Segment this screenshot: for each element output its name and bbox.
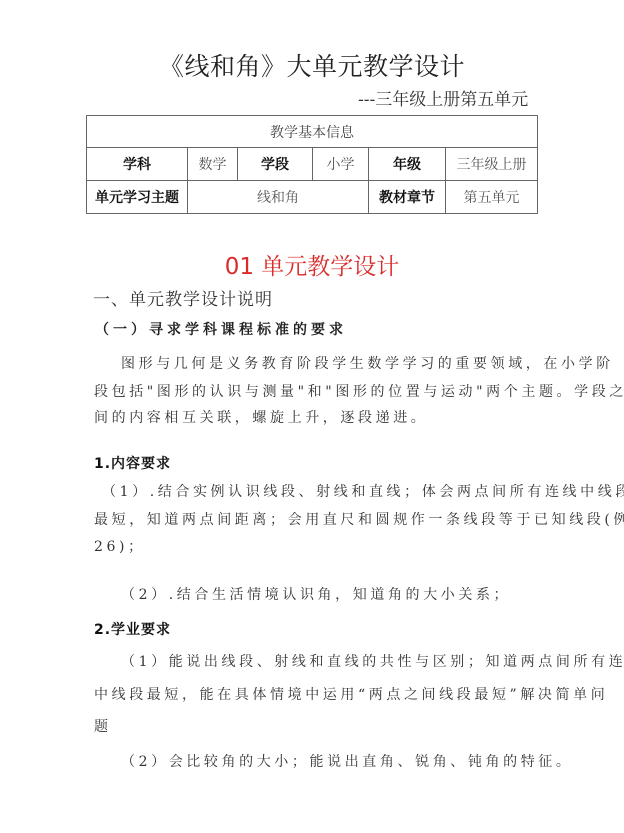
heading-unit-design-explanation: 一、单元教学设计说明 [93,289,273,311]
academic-req-item: （2）会比较角的大小；能说出直角、锐角、钝角的特征。 [121,752,574,772]
chapter-value: 第五单元 [446,181,538,214]
table-header-row: 教学基本信息 [87,116,538,148]
stage-value: 小学 [313,148,369,181]
grade-value: 三年级上册 [446,148,538,181]
academic-req-item-line: （1）能说出线段、射线和直线的共性与区别；知道两点间所有连线 [121,652,624,672]
intro-paragraph-line: 间的内容相互关联，螺旋上升，逐段递进。 [94,408,428,428]
heading-curriculum-standards: （一）寻求学科课程标准的要求 [95,320,347,340]
table-header: 教学基本信息 [87,116,538,148]
content-req-item-line: （1）.结合实例认识线段、射线和直线；体会两点间所有连线中线段 [102,482,624,502]
theme-value: 线和角 [188,181,369,214]
academic-req-item-line: 题 [94,717,112,737]
stage-label: 学段 [238,148,313,181]
chapter-label: 教材章节 [369,181,446,214]
basic-info-table: 教学基本信息 学科 数学 学段 小学 年级 三年级上册 单元学习主题 线和角 教… [86,115,538,214]
theme-label: 单元学习主题 [87,181,188,214]
document-subtitle: ---三年级上册第五单元 [358,88,528,112]
table-row: 学科 数学 学段 小学 年级 三年级上册 [87,148,538,181]
intro-paragraph-line: 图形与几何是义务教育阶段学生数学学习的重要领域，在小学阶 [121,354,614,374]
grade-label: 年级 [369,148,446,181]
content-req-item-line: 26)； [94,537,146,557]
subject-value: 数学 [188,148,238,181]
heading-academic-requirements: 2.学业要求 [94,620,171,640]
academic-req-item-line: 中线段最短，能在具体情境中运用“两点之间线段最短”解决简单问 [94,685,608,705]
document-title: 《线和角》大单元教学设计 [0,50,624,84]
content-req-item-line: 最短，知道两点间距离；会用直尺和圆规作一条线段等于已知线段(例 [94,510,624,530]
table-row: 单元学习主题 线和角 教材章节 第五单元 [87,181,538,214]
subject-label: 学科 [87,148,188,181]
heading-content-requirements: 1.内容要求 [94,454,171,474]
content-req-item: （2）.结合生活情境认识角，知道角的大小关系； [121,585,511,605]
intro-paragraph-line: 段包括"图形的认识与测量"和"图形的位置与运动"两个主题。学段之 [94,382,624,402]
section-title: 01 单元教学设计 [0,252,624,282]
